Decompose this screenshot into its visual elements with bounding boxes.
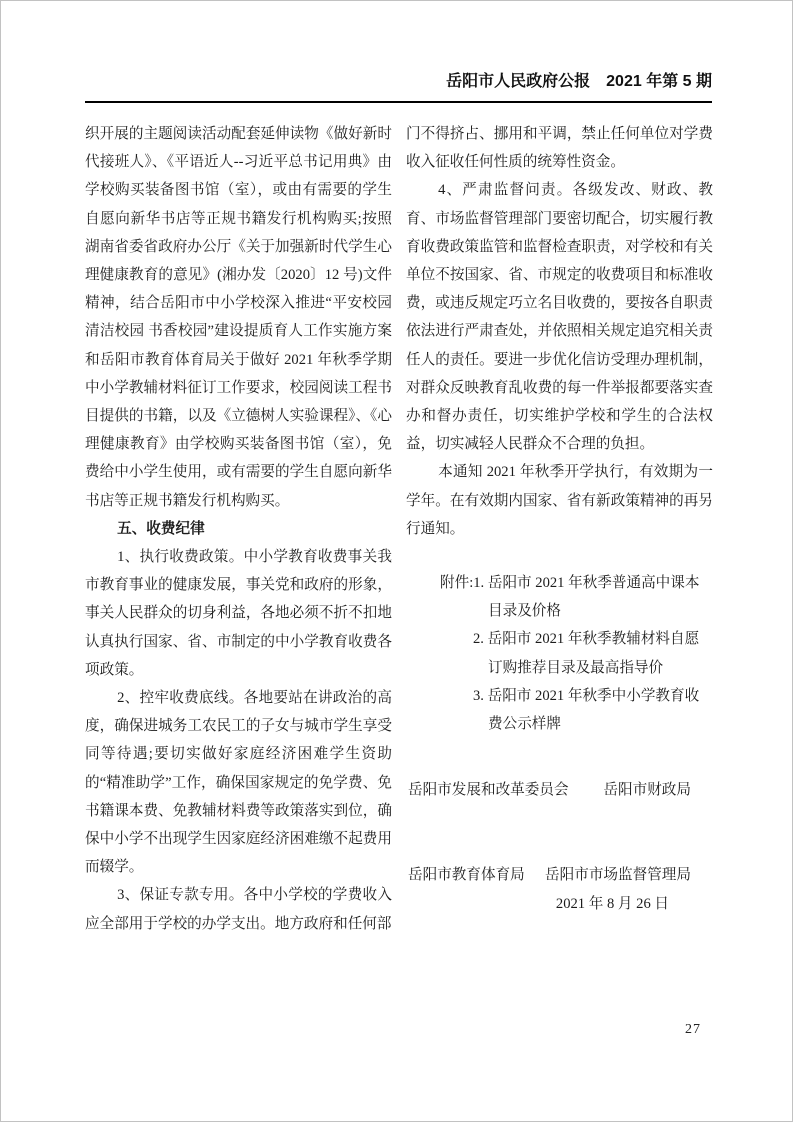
signature-date: 2021 年 8 月 26 日 [406, 890, 713, 918]
paragraph: 1、执行收费政策。中小学教育收费事关我市教育事业的健康发展，事关党和政府的形象，… [85, 543, 392, 684]
page-header-title: 岳阳市人民政府公报 2021 年第 5 期 [85, 72, 712, 92]
paragraph: 3、保证专款专用。各中小学校的学费收入应全部用于学校的办学支出。地方政府和任何部 [85, 881, 392, 937]
attachment-item: 附件:1. 岳阳市 2021 年秋季普通高中课本目录及价格 [440, 569, 713, 625]
signature-org: 岳阳市财政局 [603, 776, 691, 804]
header-rule [85, 101, 712, 103]
left-column: 织开展的主题阅读活动配套延伸读物《做好新时代接班人》、《平语近人--习近平总书记… [85, 120, 392, 938]
attachment-item: 3. 岳阳市 2021 年秋季中小学教育收费公示样牌 [440, 682, 713, 738]
signature-org: 岳阳市发展和改革委员会 [408, 776, 569, 804]
attachment-list: 附件:1. 岳阳市 2021 年秋季普通高中课本目录及价格 2. 岳阳市 202… [440, 569, 713, 738]
signature-row: 岳阳市发展和改革委员会 岳阳市财政局 [406, 776, 713, 804]
signature-org: 岳阳市市场监督管理局 [545, 861, 691, 889]
paragraph-continuation: 门不得挤占、挪用和平调，禁止任何单位对学费收入征收任何性质的统筹性资金。 [406, 120, 713, 176]
section-heading: 五、收费纪律 [85, 515, 392, 543]
paragraph-continuation: 织开展的主题阅读活动配套延伸读物《做好新时代接班人》、《平语近人--习近平总书记… [85, 120, 392, 515]
right-column: 门不得挤占、挪用和平调，禁止任何单位对学费收入征收任何性质的统筹性资金。 4、严… [406, 120, 713, 918]
signature-row: 岳阳市教育体育局 岳阳市市场监督管理局 [406, 861, 713, 889]
paragraph: 2、控牢收费底线。各地要站在讲政治的高度，确保进城务工农民工的子女与城市学生享受… [85, 684, 392, 881]
paragraph: 4、严肃监督问责。各级发改、财政、教育、市场监督管理部门要密切配合，切实履行教育… [406, 176, 713, 458]
attachment-item: 2. 岳阳市 2021 年秋季教辅材料自愿订购推荐目录及最高指导价 [440, 625, 713, 681]
page-number: 27 [685, 1022, 701, 1038]
signature-org: 岳阳市教育体育局 [408, 861, 525, 889]
attachment-label: 附件: [440, 575, 473, 591]
gazette-page: 岳阳市人民政府公报 2021 年第 5 期 织开展的主题阅读活动配套延伸读物《做… [0, 0, 793, 1122]
attachment-item-text: 1. 岳阳市 2021 年秋季普通高中课本目录及价格 [473, 575, 699, 619]
content-columns: 织开展的主题阅读活动配套延伸读物《做好新时代接班人》、《平语近人--习近平总书记… [85, 120, 712, 938]
paragraph: 本通知 2021 年秋季开学执行，有效期为一学年。在有效期内国家、省有新政策精神… [406, 458, 713, 543]
